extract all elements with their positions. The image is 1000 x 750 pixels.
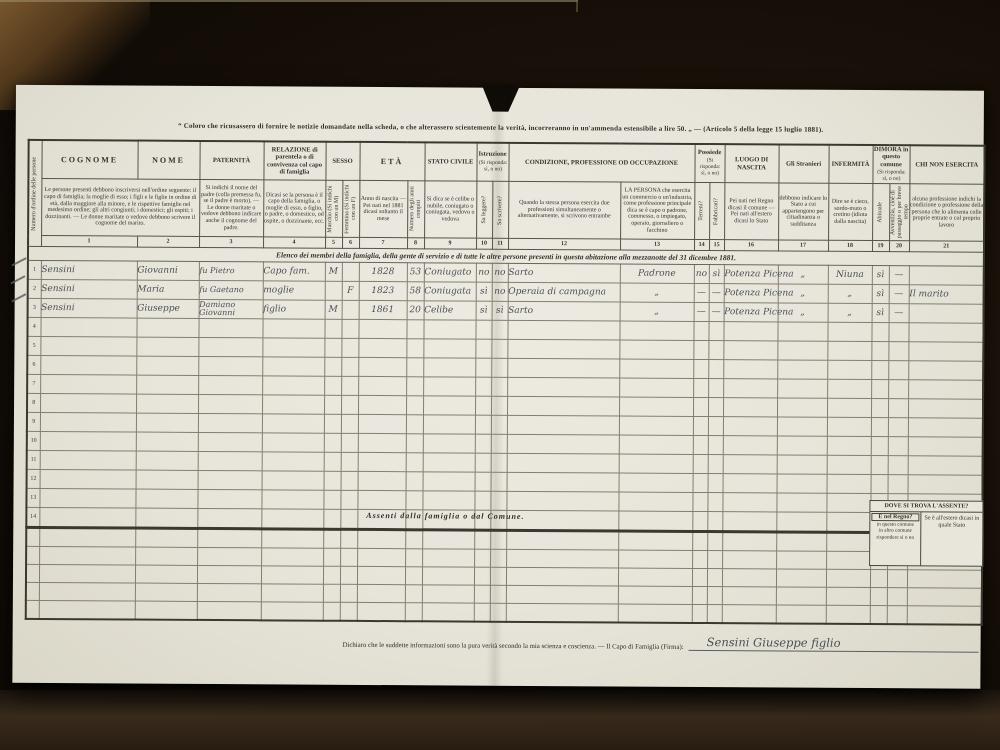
note-infermita: Dire se è cieco, sordo-muto o cretino (i… bbox=[828, 183, 872, 240]
cell-cognome bbox=[40, 337, 136, 357]
cell-cognome bbox=[40, 375, 136, 395]
cell-maschio bbox=[324, 357, 341, 376]
column-header-dimora: DIMORA in questo comune (Si risponda: sì… bbox=[872, 145, 909, 184]
cell-infermita bbox=[827, 341, 871, 360]
cell-sa-scrivere: no bbox=[492, 282, 508, 301]
cell-nome bbox=[136, 356, 198, 375]
cell-sa-scrivere: no bbox=[492, 263, 508, 282]
cell-paternita: fu Gaetano bbox=[199, 281, 263, 300]
cell-chi-non-esercita bbox=[908, 475, 983, 494]
cell-paternita bbox=[198, 357, 262, 376]
cell-relazione bbox=[262, 376, 324, 395]
cell-paternita: Damiano Giovanni bbox=[199, 300, 263, 319]
cell-relazione: moglie bbox=[263, 281, 325, 300]
cell-dimora-avventizia bbox=[888, 342, 908, 361]
cell-la-persona: „ bbox=[620, 283, 694, 302]
cell-la-persona bbox=[619, 473, 693, 492]
cell-la-persona bbox=[619, 359, 693, 378]
cell-terreni: — bbox=[694, 303, 709, 322]
cell-terreni bbox=[692, 493, 707, 512]
absent-estero-cell: Se è all'estero dicasi in quale Stato bbox=[921, 512, 982, 566]
cell-paternita bbox=[198, 395, 262, 414]
cell-nome bbox=[136, 470, 198, 489]
cell-chi-non-esercita: Il marito bbox=[909, 285, 984, 304]
absent-regno-cell: È nel Regno? in questo comune in altro c… bbox=[870, 512, 921, 567]
cell-paternita bbox=[198, 471, 262, 490]
column-number: 21 bbox=[909, 241, 984, 252]
note-anno-nascita: Anno di nascita — Pei nati nel 1881 dica… bbox=[359, 181, 407, 238]
note-due-professioni: Quando la stessa persona esercita due pr… bbox=[508, 182, 620, 240]
absent-table-body bbox=[26, 528, 983, 625]
cell-anno-nascita: 1861 bbox=[359, 301, 407, 320]
note-chi-non-esercita: alcuna professione indichi la condizione… bbox=[909, 184, 984, 241]
cell-sa-scrivere bbox=[491, 339, 507, 358]
cell-femmina bbox=[341, 357, 358, 376]
cell-fabbricati bbox=[708, 379, 723, 398]
cell-sa-scrivere bbox=[491, 472, 507, 491]
column-header-condizione: CONDIZIONE, PROFESSIONE OD OCCUPAZIONE bbox=[508, 143, 694, 183]
column-header-relazione: RELAZIONE di parentela o di convivenza c… bbox=[263, 141, 325, 180]
cell-nome bbox=[136, 394, 198, 413]
cell-dimora-avventizia bbox=[888, 399, 908, 418]
column-number: 15 bbox=[709, 240, 724, 251]
cell-professione bbox=[507, 340, 619, 360]
cell-stato-civile bbox=[423, 434, 475, 453]
cell-stranieri bbox=[777, 474, 827, 493]
cell-infermita bbox=[826, 493, 870, 512]
cell-maschio: M bbox=[325, 300, 342, 319]
column-header-sesso: SESSO bbox=[325, 142, 359, 181]
cell-infermita bbox=[827, 379, 871, 398]
cell-stato-civile bbox=[423, 320, 475, 339]
cell-stato-civile bbox=[423, 453, 475, 472]
background-edge-mark bbox=[576, 0, 578, 12]
cell-row-number: 9 bbox=[27, 413, 40, 432]
cell-row-number: 10 bbox=[27, 432, 40, 451]
cell-cognome bbox=[40, 318, 136, 338]
column-header-stato-civile: STATO CIVILE bbox=[424, 142, 476, 181]
cell-chi-non-esercita bbox=[908, 399, 983, 418]
cell-luogo-nascita bbox=[723, 341, 777, 360]
column-number: 12 bbox=[508, 239, 620, 251]
subcolumn-terreni: Terreni? bbox=[694, 183, 709, 240]
column-number: 14 bbox=[694, 240, 709, 251]
column-number: 10 bbox=[476, 238, 492, 249]
column-number: 19 bbox=[872, 241, 889, 252]
subcolumn-abituale: Abituale bbox=[872, 184, 889, 241]
cell-relazione bbox=[262, 395, 324, 414]
cell-anni-compiti: 53 bbox=[407, 263, 424, 282]
cell-fabbricati bbox=[708, 360, 723, 379]
cell-infermita bbox=[827, 360, 871, 379]
cell-luogo-nascita bbox=[723, 398, 777, 417]
absent-location-title: DOVE SI TROVA L'ASSENTE? bbox=[870, 501, 982, 513]
column-number: 13 bbox=[620, 239, 694, 250]
note-cognome-nome: Le persone presenti debbono inscriversi … bbox=[41, 179, 199, 237]
cell-paternita bbox=[198, 452, 262, 471]
cell-relazione bbox=[262, 433, 324, 452]
cell-anni-compiti bbox=[406, 396, 423, 415]
cell-anno-nascita bbox=[358, 320, 406, 339]
column-header-possiede: Possiede (Si risponda: sì, o no) bbox=[694, 144, 724, 183]
cell-sa-leggere bbox=[475, 320, 491, 339]
main-table-body: 1 Sensini Giovanni fu Pietro Capo fam. M… bbox=[26, 261, 984, 533]
note-luogo-nascita: Pei nati nel Regno dicasi il comune — Pe… bbox=[724, 183, 778, 240]
cell-sa-scrivere bbox=[491, 434, 507, 453]
binder-clip-notch bbox=[478, 85, 524, 112]
cell-paternita bbox=[198, 319, 262, 338]
column-number: 9 bbox=[424, 238, 476, 249]
cell-terreni bbox=[693, 360, 708, 379]
cell-infermita: „ bbox=[828, 303, 872, 322]
cell-anni-compiti bbox=[406, 415, 423, 434]
column-header-istruzione: Istruzione (Si risponda: sì, o no) bbox=[476, 143, 508, 182]
cell-dimora-abituale bbox=[871, 361, 888, 380]
main-census-table: Numero d'ordine delle persone COGNOME NO… bbox=[25, 139, 985, 534]
note-la-persona: LA PERSONA che esercita un commercio o u… bbox=[620, 182, 694, 239]
cell-stato-civile bbox=[423, 472, 475, 491]
cell-dimora-abituale bbox=[871, 456, 888, 475]
cell-femmina bbox=[341, 452, 358, 471]
column-number: 16 bbox=[724, 240, 778, 251]
cell-anno-nascita bbox=[358, 453, 406, 472]
column-number: 17 bbox=[778, 240, 828, 251]
cell-relazione bbox=[262, 338, 324, 357]
cell-maschio bbox=[323, 490, 340, 509]
cell-dimora-avventizia: — bbox=[889, 266, 909, 285]
background-edge-line bbox=[0, 0, 578, 2]
column-header-paternita: PATERNITÀ bbox=[199, 141, 263, 180]
census-form-paper: “ Coloro che ricusassero di fornire le n… bbox=[12, 85, 984, 689]
column-header-eta: ETÀ bbox=[359, 142, 424, 181]
cell-infermita bbox=[827, 398, 871, 417]
cell-infermita: Niuna bbox=[828, 265, 872, 284]
cell-dimora-avventizia bbox=[888, 361, 908, 380]
cell-dimora-avventizia bbox=[888, 323, 908, 342]
cell-row-number: 4 bbox=[27, 318, 40, 337]
column-number: 5 bbox=[325, 237, 342, 248]
cell-chi-non-esercita bbox=[908, 323, 983, 342]
cell-fabbricati: — bbox=[709, 284, 724, 303]
subcolumn-anni-compiti: Numero degli anni compiti bbox=[407, 181, 424, 238]
cell-row-number: 11 bbox=[27, 451, 40, 470]
cell-dimora-abituale bbox=[871, 380, 888, 399]
cell-stato-civile bbox=[423, 415, 475, 434]
cell-fabbricati bbox=[707, 493, 722, 512]
cell-professione: Sarto bbox=[508, 264, 620, 284]
cell-sa-scrivere: sì bbox=[492, 301, 508, 320]
cell-professione bbox=[507, 473, 619, 493]
cell-sa-leggere bbox=[475, 358, 491, 377]
cell-stranieri bbox=[777, 398, 827, 417]
cell-anni-compiti bbox=[406, 434, 423, 453]
column-number: 2 bbox=[137, 236, 199, 247]
cell-maschio bbox=[324, 319, 341, 338]
cell-relazione: Capo fam. bbox=[263, 262, 325, 281]
head-of-family-signature: Sensini Giuseppe figlio bbox=[689, 635, 979, 653]
cell-infermita bbox=[827, 474, 871, 493]
cell-cognome: Sensini bbox=[41, 261, 137, 281]
note-stato-civile: Si dica se è celibe o nubile, coniugato … bbox=[424, 181, 476, 238]
cell-sa-leggere bbox=[475, 339, 491, 358]
cell-row-number: 1 bbox=[28, 261, 41, 280]
cell-stranieri bbox=[776, 493, 826, 512]
cell-relazione bbox=[262, 471, 324, 490]
cell-stato-civile bbox=[423, 358, 475, 377]
cell-nome bbox=[136, 413, 198, 432]
cell-terreni bbox=[693, 436, 708, 455]
cell-cognome bbox=[40, 470, 136, 490]
cell-relazione bbox=[262, 452, 324, 471]
cell-chi-non-esercita bbox=[909, 304, 984, 323]
cell-sa-leggere: sì bbox=[476, 301, 492, 320]
cell-paternita: fu Pietro bbox=[199, 262, 263, 281]
cell-sa-scrivere bbox=[491, 415, 507, 434]
cell-luogo-nascita bbox=[723, 322, 777, 341]
cell-fabbricati bbox=[708, 474, 723, 493]
cell-dimora-avventizia: — bbox=[889, 304, 909, 323]
cell-chi-non-esercita bbox=[908, 342, 983, 361]
cell-cognome: Sensini bbox=[41, 280, 137, 300]
cell-anno-nascita bbox=[358, 339, 406, 358]
cell-fabbricati bbox=[708, 455, 723, 474]
cell-femmina bbox=[341, 338, 358, 357]
cell-sa-leggere bbox=[475, 377, 491, 396]
cell-anni-compiti bbox=[406, 453, 423, 472]
cell-nome bbox=[135, 489, 197, 508]
cell-nome bbox=[136, 451, 198, 470]
column-number: 8 bbox=[407, 238, 424, 249]
cell-fabbricati bbox=[708, 436, 723, 455]
column-header-stranieri: Gli Stranieri bbox=[778, 144, 828, 183]
cell-terreni bbox=[693, 398, 708, 417]
subcolumn-sa-leggere: Sa leggere? bbox=[476, 181, 492, 238]
cell-anno-nascita bbox=[358, 434, 406, 453]
cell-row-number: 6 bbox=[27, 356, 40, 375]
cell-chi-non-esercita bbox=[908, 361, 983, 380]
cell-dimora-abituale bbox=[871, 418, 888, 437]
cell-dimora-avventizia: — bbox=[889, 285, 909, 304]
cell-dimora-abituale bbox=[871, 342, 888, 361]
cell-dimora-avventizia bbox=[888, 418, 908, 437]
cell-sa-leggere: sì bbox=[476, 282, 492, 301]
cell-stato-civile bbox=[423, 339, 475, 358]
cell-luogo-nascita bbox=[723, 417, 777, 436]
cell-femmina bbox=[342, 300, 359, 319]
cell-terreni bbox=[693, 417, 708, 436]
cell-chi-non-esercita bbox=[908, 418, 983, 437]
absent-table bbox=[25, 527, 984, 626]
cell-stranieri bbox=[777, 436, 827, 455]
cell-dimora-abituale: sì bbox=[872, 304, 889, 323]
cell-sa-scrivere bbox=[491, 396, 507, 415]
cell-anni-compiti: 58 bbox=[407, 282, 424, 301]
cell-nome bbox=[136, 375, 198, 394]
cell-stranieri bbox=[777, 379, 827, 398]
cell-stranieri bbox=[777, 455, 827, 474]
cell-row-number: 5 bbox=[27, 337, 40, 356]
cell-sa-scrivere bbox=[491, 320, 507, 339]
cell-nome bbox=[136, 318, 198, 337]
cell-stranieri bbox=[777, 360, 827, 379]
cell-luogo-nascita bbox=[723, 379, 777, 398]
cell-la-persona bbox=[619, 454, 693, 473]
cell-relazione bbox=[262, 414, 324, 433]
cell-stranieri bbox=[777, 417, 827, 436]
cell-luogo-nascita bbox=[722, 493, 776, 512]
cell-professione bbox=[507, 359, 619, 379]
cell-maschio bbox=[324, 376, 341, 395]
cell-professione bbox=[507, 435, 619, 455]
cell-sa-leggere bbox=[475, 396, 491, 415]
column-number: 6 bbox=[342, 237, 359, 248]
cell-stato-civile: Celibe bbox=[424, 301, 476, 320]
cell-nome bbox=[136, 337, 198, 356]
cell-anno-nascita: 1828 bbox=[359, 263, 407, 282]
cell-infermita bbox=[827, 417, 871, 436]
cell-la-persona bbox=[619, 340, 693, 359]
note-paternita: Si indichi il nome del padre (colla prem… bbox=[199, 180, 263, 237]
declaration-text: Dichiaro che le suddette informazioni so… bbox=[343, 642, 684, 651]
cell-chi-non-esercita bbox=[908, 456, 983, 475]
cell-sa-scrivere bbox=[491, 453, 507, 472]
cell-femmina bbox=[341, 376, 358, 395]
cell-paternita bbox=[197, 490, 261, 509]
cell-sa-leggere bbox=[474, 491, 490, 510]
cell-sa-scrivere bbox=[490, 491, 506, 510]
cell-stato-civile: Coniugato bbox=[424, 263, 476, 282]
cell-nome bbox=[136, 432, 198, 451]
cell-nome: Giovanni bbox=[137, 261, 199, 280]
cell-professione bbox=[506, 492, 618, 512]
column-number: 3 bbox=[199, 237, 263, 248]
declaration-line: Dichiaro che le suddette informazioni so… bbox=[343, 633, 979, 653]
cell-terreni: — bbox=[694, 284, 709, 303]
cell-anno-nascita bbox=[358, 472, 406, 491]
cell-terreni bbox=[693, 379, 708, 398]
cell-sa-scrivere bbox=[491, 377, 507, 396]
cell-femmina bbox=[341, 319, 358, 338]
cell-la-persona bbox=[619, 435, 693, 454]
cell-stato-civile: Coniugata bbox=[424, 282, 476, 301]
cell-relazione bbox=[261, 490, 323, 509]
subcolumn-avventizia: Avventizia, cioè di passaggio o per brev… bbox=[889, 184, 909, 241]
cell-sa-leggere bbox=[475, 434, 491, 453]
cell-anno-nascita: 1823 bbox=[359, 282, 407, 301]
cell-row-number: 13 bbox=[26, 489, 39, 508]
note-relazione: Dicasi se la persona è il capo della fam… bbox=[263, 180, 325, 237]
cell-la-persona: Padrone bbox=[620, 264, 694, 283]
cell-la-persona bbox=[619, 397, 693, 416]
column-header-luogo-nascita: LUOGO DI NASCITA bbox=[724, 144, 778, 183]
cell-femmina bbox=[341, 471, 358, 490]
column-header-cognome: COGNOME bbox=[41, 140, 137, 179]
cell-dimora-abituale bbox=[871, 399, 888, 418]
subcolumn-maschio: Maschio (Si indichi con un M) bbox=[325, 180, 342, 237]
cell-anni-compiti bbox=[405, 491, 422, 510]
cell-terreni: no bbox=[694, 265, 709, 284]
cell-paternita bbox=[198, 414, 262, 433]
cell-maschio bbox=[324, 433, 341, 452]
cell-dimora-avventizia bbox=[888, 380, 908, 399]
cell-anni-compiti bbox=[406, 339, 423, 358]
cell-cognome bbox=[40, 394, 136, 414]
cell-anni-compiti bbox=[406, 472, 423, 491]
cell-luogo-nascita: Potenza Picena bbox=[724, 303, 778, 322]
cell-relazione bbox=[262, 357, 324, 376]
cell-fabbricati: sì bbox=[709, 265, 724, 284]
cell-femmina: F bbox=[342, 281, 359, 300]
cell-professione: Sarto bbox=[508, 302, 620, 322]
cell-sa-leggere: no bbox=[476, 263, 492, 282]
cell-anno-nascita bbox=[357, 491, 405, 510]
cell-maschio bbox=[324, 395, 341, 414]
cell-professione: Operaia di campagna bbox=[508, 283, 620, 303]
cell-sa-leggere bbox=[475, 472, 491, 491]
cell-stato-civile bbox=[423, 396, 475, 415]
cell-dimora-abituale bbox=[871, 437, 888, 456]
cell-femmina bbox=[341, 433, 358, 452]
cell-anno-nascita bbox=[358, 415, 406, 434]
column-header-nome: NOME bbox=[137, 141, 199, 180]
cell-luogo-nascita bbox=[723, 474, 777, 493]
cell-fabbricati: — bbox=[709, 303, 724, 322]
column-number: 4 bbox=[263, 237, 325, 248]
cell-cognome: Sensini bbox=[41, 299, 137, 319]
cell-anni-compiti bbox=[406, 377, 423, 396]
cell-cognome bbox=[40, 451, 136, 471]
cell-row-number: 12 bbox=[27, 470, 40, 489]
cell-luogo-nascita: Potenza Picena bbox=[724, 284, 778, 303]
subcolumn-fabbricati: Fabbricati? bbox=[709, 183, 724, 240]
cell-la-persona bbox=[619, 321, 693, 340]
cell-luogo-nascita bbox=[723, 360, 777, 379]
cell-terreni bbox=[693, 322, 708, 341]
cell-anno-nascita bbox=[358, 377, 406, 396]
cell-sa-leggere bbox=[475, 453, 491, 472]
cell-la-persona bbox=[618, 492, 692, 511]
cell-cognome bbox=[39, 489, 135, 509]
cell-chi-non-esercita bbox=[909, 266, 984, 285]
cell-luogo-nascita bbox=[723, 436, 777, 455]
cell-row-number: 8 bbox=[27, 394, 40, 413]
cell-anni-compiti bbox=[406, 320, 423, 339]
cell-stato-civile bbox=[422, 491, 474, 510]
cell-infermita bbox=[827, 322, 871, 341]
cell-fabbricati bbox=[708, 341, 723, 360]
cell-dimora-abituale: sì bbox=[872, 266, 889, 285]
cell-cognome bbox=[40, 356, 136, 376]
cell-terreni bbox=[693, 455, 708, 474]
cell-dimora-avventizia bbox=[888, 456, 908, 475]
cell-cognome bbox=[40, 413, 136, 433]
cell-femmina bbox=[342, 262, 359, 281]
column-header-numero-ordine: Numero d'ordine delle persone bbox=[28, 140, 42, 247]
column-number: 7 bbox=[359, 238, 407, 249]
cell-dimora-avventizia bbox=[888, 475, 908, 494]
cell-stranieri bbox=[777, 322, 827, 341]
cell-professione bbox=[507, 378, 619, 398]
subcolumn-sa-scrivere: Sa scrivere? bbox=[492, 181, 508, 238]
cell-nome: Maria bbox=[137, 280, 199, 299]
cell-fabbricati bbox=[708, 322, 723, 341]
cell-maschio bbox=[324, 471, 341, 490]
cell-dimora-avventizia bbox=[888, 437, 908, 456]
cell-professione bbox=[507, 397, 619, 417]
cell-paternita bbox=[198, 433, 262, 452]
column-header-chi-non-esercita: CHI NON ESERCITA bbox=[909, 145, 984, 184]
cell-sa-scrivere bbox=[491, 358, 507, 377]
